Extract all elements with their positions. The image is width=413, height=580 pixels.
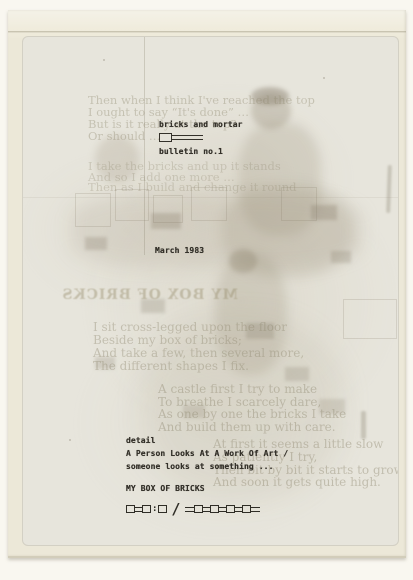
- vertical-crease-line: [144, 37, 145, 255]
- ghost-poem-line: The different shapes I fix.: [93, 360, 304, 373]
- ghost-block-outline: [343, 299, 397, 339]
- ghost-poem-lower: A castle first I try to make To breathe …: [158, 383, 346, 433]
- ghost-block-outline: [153, 195, 183, 223]
- work-title: MY BOX OF BRICKS: [126, 484, 205, 493]
- caption-artwork-series: A Person Looks At A Work Of Art /: [126, 449, 288, 458]
- ghost-poem-line: Then as I build and change it round: [88, 182, 296, 193]
- brick-icon: [210, 505, 219, 513]
- glyph-colon: :: [151, 505, 158, 513]
- dust-speck: [69, 439, 71, 441]
- mortar-link-icon: [185, 507, 194, 512]
- brick-icon: [142, 505, 151, 513]
- ghost-poem-line: And soon it gets quite high.: [213, 476, 399, 489]
- brick-icon: [194, 505, 203, 513]
- ghost-sitting-child-head: [229, 249, 257, 273]
- ghost-poem-line: A castle first I try to make: [158, 383, 346, 396]
- ghost-poem-line: As one by one the bricks I take: [158, 408, 346, 421]
- ghost-brick: [85, 237, 107, 250]
- mortar-link-icon: [203, 507, 210, 512]
- ghost-poem-middle: I sit cross-legged upon the floor Beside…: [93, 321, 304, 373]
- dust-speck: [323, 77, 325, 79]
- bulletin-number: bulletin no.1: [159, 147, 223, 156]
- ghost-block-outline: [75, 193, 111, 227]
- brick-icon: [158, 505, 167, 513]
- brick-icon: [126, 505, 135, 513]
- bulletin-title: bricks and mortar: [159, 120, 243, 129]
- mortar-link-icon: [219, 507, 226, 512]
- bulletin-date: March 1983: [155, 246, 204, 255]
- bulletin-page: Then when I think I've reached the top I…: [22, 36, 399, 546]
- mortar-link-icon: [251, 507, 260, 512]
- caption-artwork-subline: someone looks at something ...: [126, 462, 274, 471]
- horizontal-crease-line: [23, 197, 398, 198]
- pencil-mark: [361, 411, 366, 439]
- dust-speck: [103, 59, 105, 61]
- brick-chain-glyph-icon: : /: [126, 502, 260, 516]
- mortar-lines-icon: [171, 135, 203, 140]
- mortar-link-icon: [135, 507, 142, 512]
- brick-icon: [242, 505, 251, 513]
- backing-sheet: Then when I think I've reached the top I…: [8, 10, 406, 558]
- brick-and-mortar-glyph-icon: [159, 132, 203, 142]
- ghost-brick: [331, 251, 351, 263]
- ghost-mirrored-title: MY BOX OF BRICKS: [96, 287, 238, 303]
- ghost-poem-second: I take the bricks and up it stands And s…: [88, 161, 296, 193]
- pencil-mark: [386, 165, 392, 213]
- brick-icon: [226, 505, 235, 513]
- mortar-link-icon: [235, 507, 242, 512]
- caption-detail: detail: [126, 436, 156, 445]
- paper-fold-line: [8, 31, 406, 33]
- ghost-poem-line: And build them up with care.: [158, 421, 346, 434]
- glyph-slash: /: [171, 502, 180, 516]
